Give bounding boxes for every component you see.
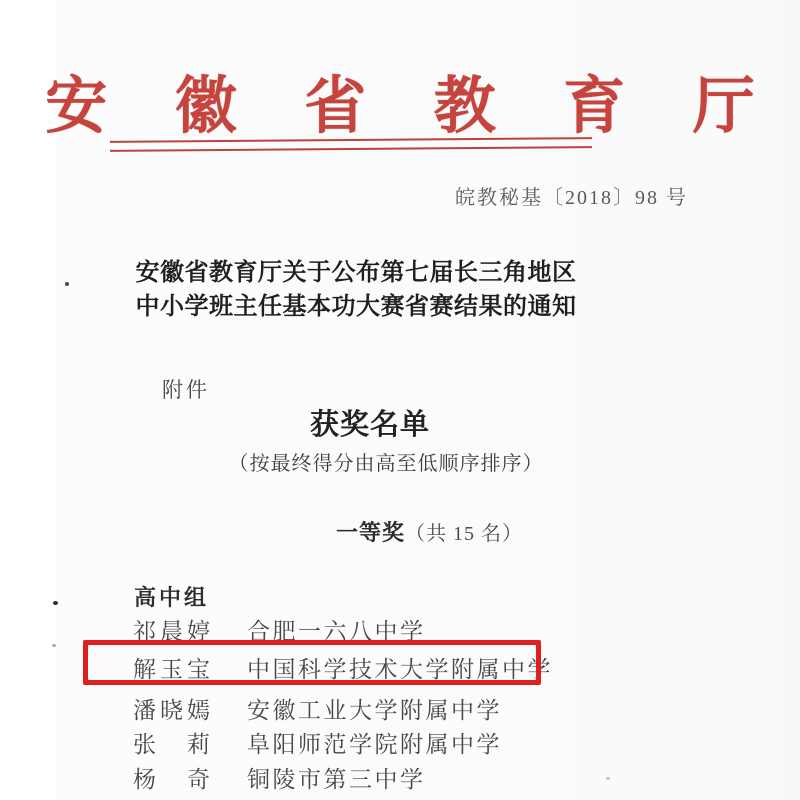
scanned-document-page: 安 徽 省 教 育 厅 皖教秘基〔2018〕98 号 安徽省教育厅关于公布第七届…: [0, 0, 800, 800]
winner-name: 解玉宝: [133, 651, 213, 684]
scan-speck: [65, 282, 69, 286]
table-row: 解玉宝中国科学技术大学附属中学: [133, 651, 553, 684]
winner-school: 阜阳师范学院附属中学: [247, 726, 502, 759]
winner-name: 潘晓嫣: [133, 692, 213, 725]
table-row: 潘晓嫣安徽工业大学附属中学: [133, 692, 502, 725]
scan-speck: [53, 601, 58, 605]
table-row: 张 莉阜阳师范学院附属中学: [133, 726, 502, 759]
table-row: 杨 奇铜陵市第三中学: [133, 761, 426, 794]
winner-school: 中国科学技术大学附属中学: [247, 651, 553, 684]
winner-name: 张 莉: [133, 726, 213, 759]
winner-school: 安徽工业大学附属中学: [247, 692, 502, 725]
scan-speck: [606, 777, 610, 780]
winner-name: 杨 奇: [133, 761, 213, 794]
winner-list: 祁晨婷合肥一六八中学 解玉宝中国科学技术大学附属中学 潘晓嫣安徽工业大学附属中学…: [0, 0, 800, 800]
scan-speck: [52, 644, 56, 647]
winner-school: 铜陵市第三中学: [247, 761, 426, 794]
